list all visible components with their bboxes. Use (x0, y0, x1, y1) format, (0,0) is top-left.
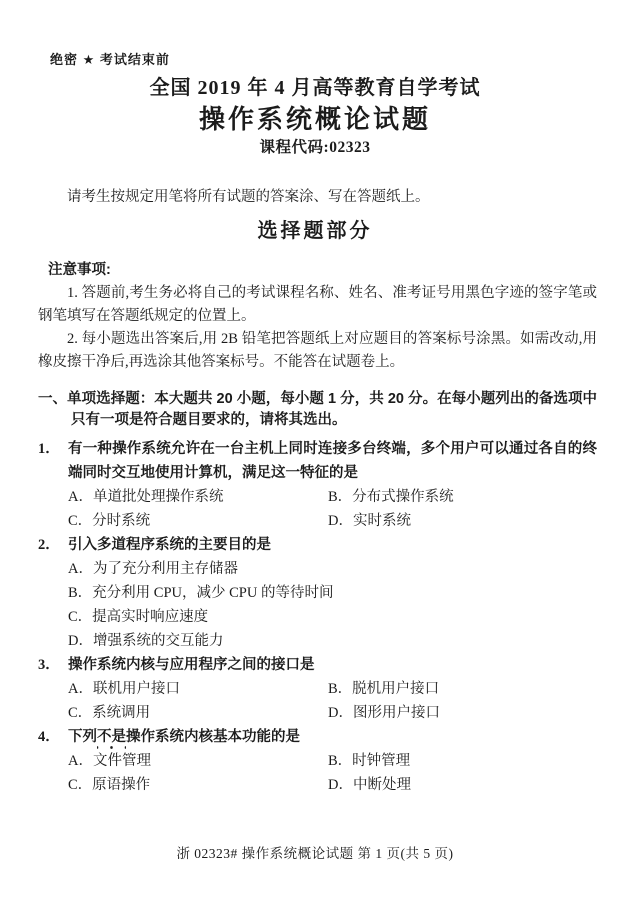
option-text: 图形用户接口 (353, 705, 440, 721)
option-label: A． (68, 753, 93, 769)
option-text: 实时系统 (353, 513, 411, 529)
question-stem: 下列不是操作系统内核基本功能的是 (68, 725, 597, 749)
stem-emphasized-text: 不是 (97, 729, 126, 750)
stem-text: 下列 (68, 729, 97, 745)
option-label: C． (68, 513, 92, 529)
option-text: 联机用户接口 (93, 681, 180, 697)
option-label: B． (328, 753, 352, 769)
option-a: A．联机用户接口 (68, 677, 328, 701)
question-stem: 有一种操作系统允许在一台主机上同时连接多台终端，多个用户可以通过各自的终端同时交… (68, 437, 597, 485)
candidate-instruction: 请考生按规定用笔将所有试题的答案涂、写在答题纸上。 (38, 186, 597, 208)
question-body: 有一种操作系统允许在一台主机上同时连接多台终端，多个用户可以通过各自的终端同时交… (68, 437, 597, 533)
option-label: D． (328, 705, 353, 721)
option-a: A．单道批处理操作系统 (68, 485, 328, 509)
option-a: A．为了充分利用主存储器 (68, 557, 597, 581)
option-text: 文件管理 (93, 753, 151, 769)
option-c: C．提高实时响应速度 (68, 605, 597, 629)
section-number: 一、 (38, 391, 67, 407)
option-label: B． (68, 585, 92, 601)
option-c: C．系统调用 (68, 701, 328, 725)
option-text: 分布式操作系统 (352, 489, 454, 505)
option-text: 分时系统 (92, 513, 150, 529)
option-text: 为了充分利用主存储器 (93, 561, 238, 577)
question-number: 1． (38, 437, 68, 461)
question-stem: 操作系统内核与应用程序之间的接口是 (68, 653, 597, 677)
option-text: 时钟管理 (352, 753, 410, 769)
course-code: 课程代码:02323 (0, 136, 630, 160)
options-grid: A．单道批处理操作系统 B．分布式操作系统 C．分时系统 D．实时系统 (68, 485, 597, 533)
option-text: 充分利用 CPU，减少 CPU 的等待时间 (92, 585, 333, 601)
option-b: B．脱机用户接口 (328, 677, 597, 701)
question-stem: 引入多道程序系统的主要目的是 (68, 533, 597, 557)
option-text: 提高实时响应速度 (92, 609, 208, 625)
option-d: D．实时系统 (328, 509, 597, 533)
question-body: 下列不是操作系统内核基本功能的是 A．文件管理 B．时钟管理 C．原语操作 D．… (68, 725, 597, 797)
section-heading: 一、单项选择题：本大题共 20 小题，每小题 1 分，共 20 分。在每小题列出… (38, 389, 597, 431)
secrecy-label: 绝密 ★ 考试结束前 (50, 52, 630, 68)
question-2: 2． 引入多道程序系统的主要目的是 A．为了充分利用主存储器 B．充分利用 CP… (38, 533, 597, 653)
option-text: 系统调用 (92, 705, 150, 721)
option-text: 原语操作 (92, 777, 150, 793)
option-c: C．分时系统 (68, 509, 328, 533)
option-c: C．原语操作 (68, 773, 328, 797)
option-text: 增强系统的交互能力 (93, 633, 224, 649)
exam-title: 全国 2019 年 4 月高等教育自学考试 (0, 74, 630, 102)
notes-title: 注意事项: (48, 258, 597, 282)
question-body: 操作系统内核与应用程序之间的接口是 A．联机用户接口 B．脱机用户接口 C．系统… (68, 653, 597, 725)
question-4: 4． 下列不是操作系统内核基本功能的是 A．文件管理 B．时钟管理 C．原语操作… (38, 725, 597, 797)
option-label: B． (328, 489, 352, 505)
option-label: C． (68, 705, 92, 721)
option-d: D．增强系统的交互能力 (68, 629, 597, 653)
option-a: A．文件管理 (68, 749, 328, 773)
option-label: C． (68, 777, 92, 793)
question-3: 3． 操作系统内核与应用程序之间的接口是 A．联机用户接口 B．脱机用户接口 C… (38, 653, 597, 725)
question-number: 3． (38, 653, 68, 677)
option-label: B． (328, 681, 352, 697)
option-text: 脱机用户接口 (352, 681, 439, 697)
section-title: 单项选择题：本大题共 20 小题，每小题 1 分，共 20 分。在每小题列出的备… (67, 391, 597, 428)
option-b: B．充分利用 CPU，减少 CPU 的等待时间 (68, 581, 597, 605)
option-text: 中断处理 (353, 777, 411, 793)
question-number: 4． (38, 725, 68, 749)
option-label: D． (68, 633, 93, 649)
option-d: D．图形用户接口 (328, 701, 597, 725)
question-number: 2． (38, 533, 68, 557)
question-body: 引入多道程序系统的主要目的是 A．为了充分利用主存储器 B．充分利用 CPU，减… (68, 533, 597, 653)
page-footer: 浙 02323# 操作系统概论试题 第 1 页(共 5 页) (0, 845, 630, 863)
exam-paper-page: 绝密 ★ 考试结束前 全国 2019 年 4 月高等教育自学考试 操作系统概论试… (0, 0, 630, 899)
option-label: A． (68, 561, 93, 577)
note-item-1: 1. 答题前,考生务必将自己的考试课程名称、姓名、准考证号用黑色字迹的签字笔或钢… (38, 282, 597, 328)
note-item-2: 2. 每小题选出答案后,用 2B 铅笔把答题纸上对应题目的答案标号涂黑。如需改动… (38, 328, 597, 374)
question-1: 1． 有一种操作系统允许在一台主机上同时连接多台终端，多个用户可以通过各自的终端… (38, 437, 597, 533)
option-label: D． (328, 513, 353, 529)
options-list: A．为了充分利用主存储器 B．充分利用 CPU，减少 CPU 的等待时间 C．提… (68, 557, 597, 653)
single-choice-section: 一、单项选择题：本大题共 20 小题，每小题 1 分，共 20 分。在每小题列出… (38, 389, 597, 797)
paper-title: 操作系统概论试题 (0, 102, 630, 136)
option-b: B．分布式操作系统 (328, 485, 597, 509)
stem-text: 操作系统内核基本功能的是 (126, 729, 300, 745)
option-text: 单道批处理操作系统 (93, 489, 224, 505)
option-label: C． (68, 609, 92, 625)
option-d: D．中断处理 (328, 773, 597, 797)
options-grid: A．文件管理 B．时钟管理 C．原语操作 D．中断处理 (68, 749, 597, 797)
option-label: D． (328, 777, 353, 793)
option-label: A． (68, 681, 93, 697)
options-grid: A．联机用户接口 B．脱机用户接口 C．系统调用 D．图形用户接口 (68, 677, 597, 725)
option-label: A． (68, 489, 93, 505)
part-title: 选择题部分 (0, 216, 630, 246)
option-b: B．时钟管理 (328, 749, 597, 773)
